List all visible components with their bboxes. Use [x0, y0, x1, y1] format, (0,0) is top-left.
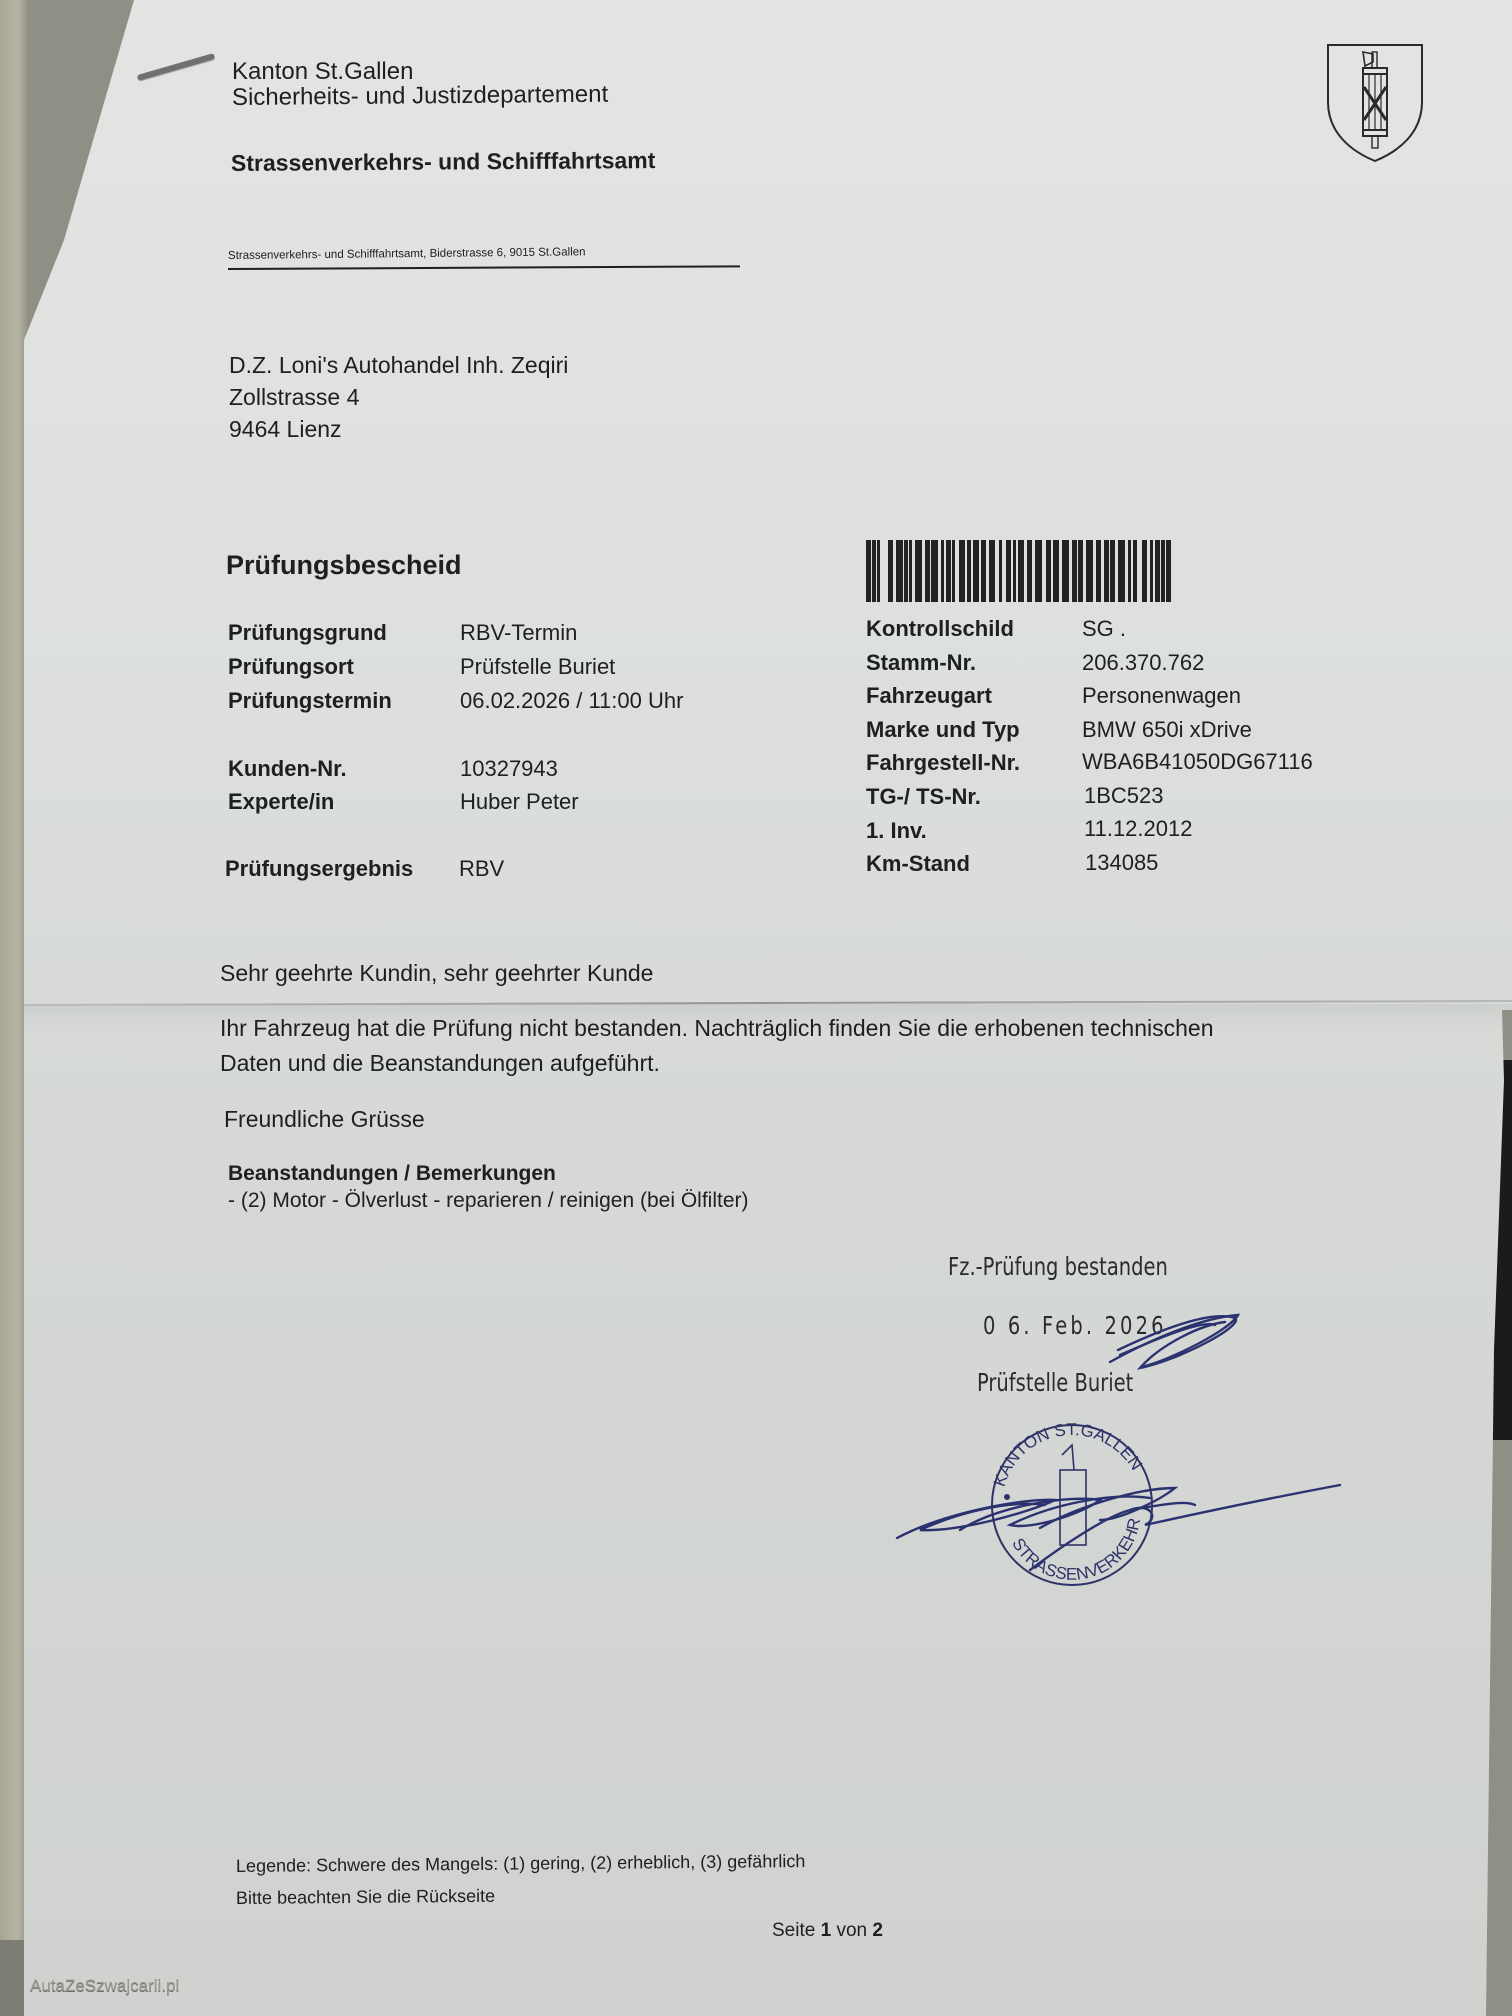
svg-text:STRASSENVERKEHRS: STRASSENVERKEHRS [0, 0, 1144, 1584]
signature-and-seal: KANTON ST.GALLEN STRASSENVERKEHRS [0, 0, 1512, 2016]
page-indicator: Seite 1 von 2 [772, 1920, 883, 1942]
official-seal-icon: KANTON ST.GALLEN STRASSENVERKEHRS [0, 0, 1152, 1585]
svg-text:KANTON ST.GALLEN: KANTON ST.GALLEN [990, 1420, 1146, 1489]
watermark: AutaZeSzwajcarii.pl [30, 1976, 179, 1996]
signature-1-icon [1110, 1315, 1238, 1368]
page-prefix: Seite [772, 1920, 815, 1941]
back-page-note: Bitte beachten Sie die Rückseite [236, 1886, 495, 1909]
page-total: 2 [872, 1920, 883, 1941]
page-mid: von [836, 1920, 867, 1941]
page-current: 1 [821, 1920, 832, 1941]
